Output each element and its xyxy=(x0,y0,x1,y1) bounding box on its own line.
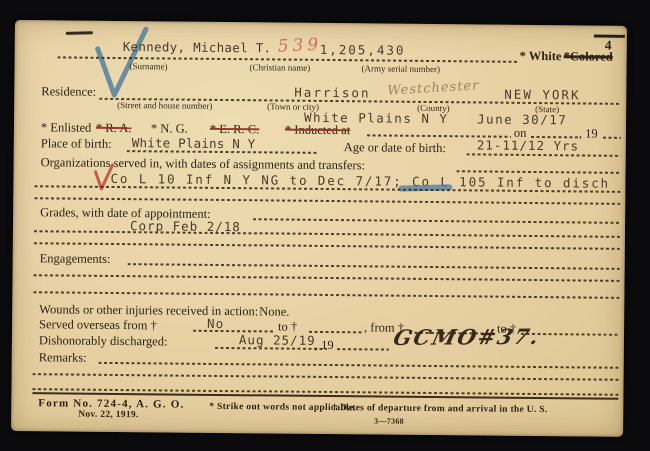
street-label: (Street and house number) xyxy=(117,100,212,111)
dotted-line xyxy=(127,150,319,154)
dotted-line xyxy=(34,242,620,250)
year-label: , 19 xyxy=(579,126,598,141)
name-value: Kennedy, Michael T. xyxy=(123,39,272,55)
card-red-number: 539 xyxy=(277,35,322,57)
age-label: Age or date of birth: xyxy=(344,140,446,156)
discharge-date-value: Aug 25/19 xyxy=(239,332,316,348)
wounds-value: None. xyxy=(259,304,289,319)
serial-number-label: (Army serial number) xyxy=(362,63,441,74)
overseas-value: No xyxy=(207,316,224,331)
surname-label: (Surname) xyxy=(130,61,168,71)
age-value: 21-11/12 Yrs xyxy=(477,137,579,153)
dotted-line xyxy=(309,331,363,334)
enlisted-label: * Enlisted xyxy=(41,120,91,135)
birth-label: Place of birth: xyxy=(41,136,112,152)
engagements-label: Engagements: xyxy=(40,251,111,267)
gcmo-handwritten: GCMO#37. xyxy=(391,324,543,350)
dagger-note: † Dates of departure from and arrival in… xyxy=(332,403,547,415)
dotted-line xyxy=(457,170,621,174)
dotted-line xyxy=(128,263,620,270)
overseas-label: Served overseas from † xyxy=(39,317,157,333)
dotted-line xyxy=(34,230,620,238)
dotted-line xyxy=(337,348,389,350)
print-code: 3—7368 xyxy=(374,416,404,425)
remarks-label: Remarks: xyxy=(39,350,87,365)
dotted-line xyxy=(34,197,620,205)
organizations-label: Organizations served in, with dates of a… xyxy=(41,155,365,173)
form-date: Nov. 22, 1919. xyxy=(78,410,139,421)
dotted-line xyxy=(33,291,619,299)
discharge-year-label: , 19 xyxy=(315,338,334,353)
birth-place-value: White Plains N Y xyxy=(132,135,256,151)
residence-county-handwritten: Westchester xyxy=(387,78,480,99)
white-label: * White xyxy=(520,49,562,64)
dotted-line xyxy=(253,218,620,224)
residence-state-value: NEW YORK xyxy=(504,87,580,103)
dotted-line xyxy=(34,274,620,282)
colored-label: *Colored xyxy=(564,49,613,64)
ng-label: * N. G. xyxy=(151,121,188,136)
dotted-line xyxy=(467,153,621,156)
dotted-line xyxy=(33,373,619,381)
form-number: Form No. 724-4, A. G. O. xyxy=(38,397,184,410)
scanned-card-page: 4 Kennedy, Michael T. 539 1,205,430 * Wh… xyxy=(0,0,650,451)
ra-label: * R. A. xyxy=(96,121,132,136)
dotted-line xyxy=(603,137,621,139)
serial-value: 1,205,430 xyxy=(320,42,406,58)
christian-name-label: (Christian name) xyxy=(250,62,311,73)
discharge-label: Dishonorably discharged: xyxy=(39,333,168,349)
service-record-card: 4 Kennedy, Michael T. 539 1,205,430 * Wh… xyxy=(11,20,627,437)
residence-label: Residence: xyxy=(41,84,96,100)
dotted-line xyxy=(99,362,619,369)
inducted-label: * Inducted at xyxy=(285,123,350,139)
residence-town-value: Harrison xyxy=(294,85,370,101)
